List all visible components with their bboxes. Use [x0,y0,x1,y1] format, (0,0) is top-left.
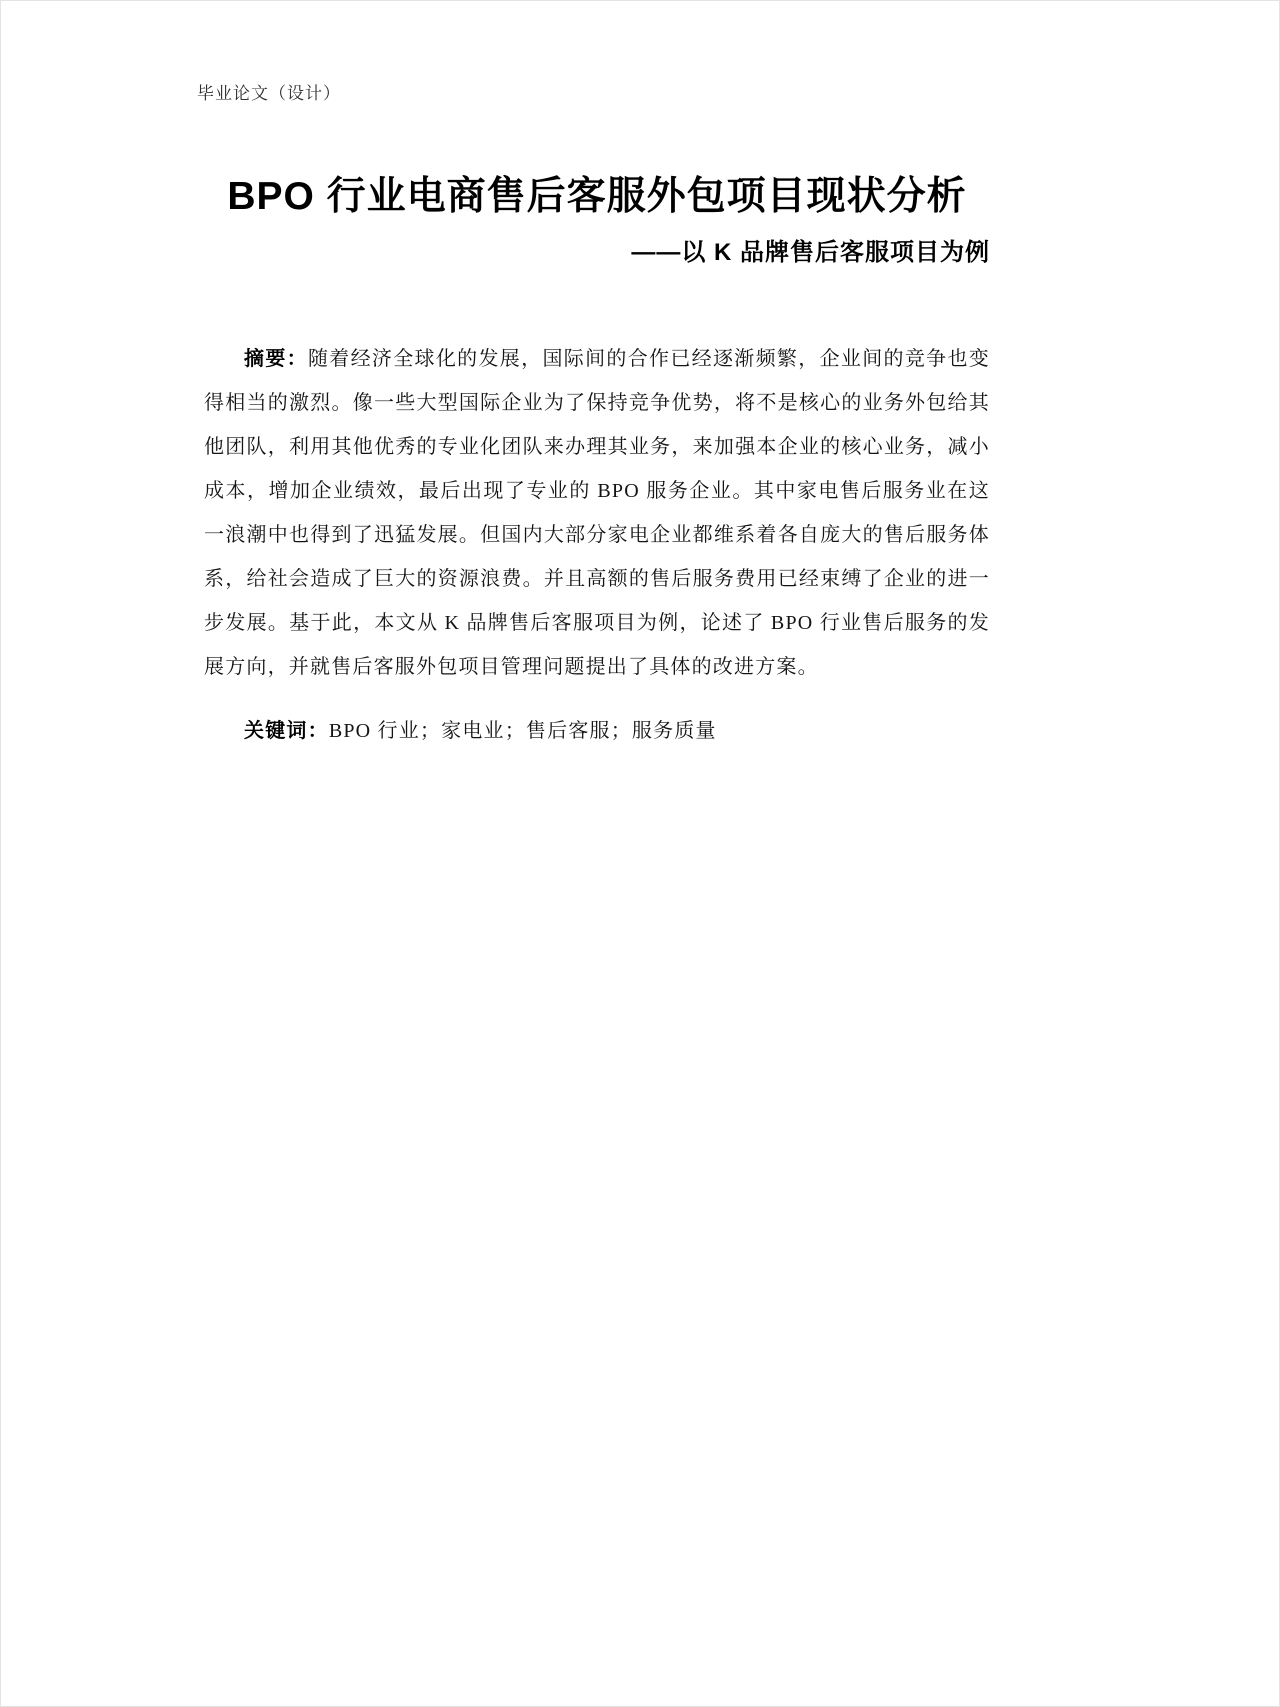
thesis-title: BPO 行业电商售后客服外包项目现状分析 [204,171,990,224]
abstract-text: 随着经济全球化的发展，国际间的合作已经逐渐频繁，企业间的竞争也变得相当的激烈。像… [204,348,990,678]
keywords-label: 关键词： [244,720,329,742]
keywords-paragraph: 关键词：BPO 行业；家电业；售后客服；服务质量 [204,709,990,753]
abstract-paragraph: 摘要：随着经济全球化的发展，国际间的合作已经逐渐频繁，企业间的竞争也变得相当的激… [204,337,990,689]
thesis-subtitle: ——以 K 品牌售后客服项目为例 [204,236,990,270]
keywords-text: BPO 行业；家电业；售后客服；服务质量 [329,720,717,742]
page-header-label: 毕业论文（设计） [197,79,341,104]
page-content: BPO 行业电商售后客服外包项目现状分析 ——以 K 品牌售后客服项目为例 摘要… [204,171,990,773]
abstract-label: 摘要： [244,348,308,370]
thesis-page: 毕业论文（设计） BPO 行业电商售后客服外包项目现状分析 ——以 K 品牌售后… [0,0,1280,1707]
